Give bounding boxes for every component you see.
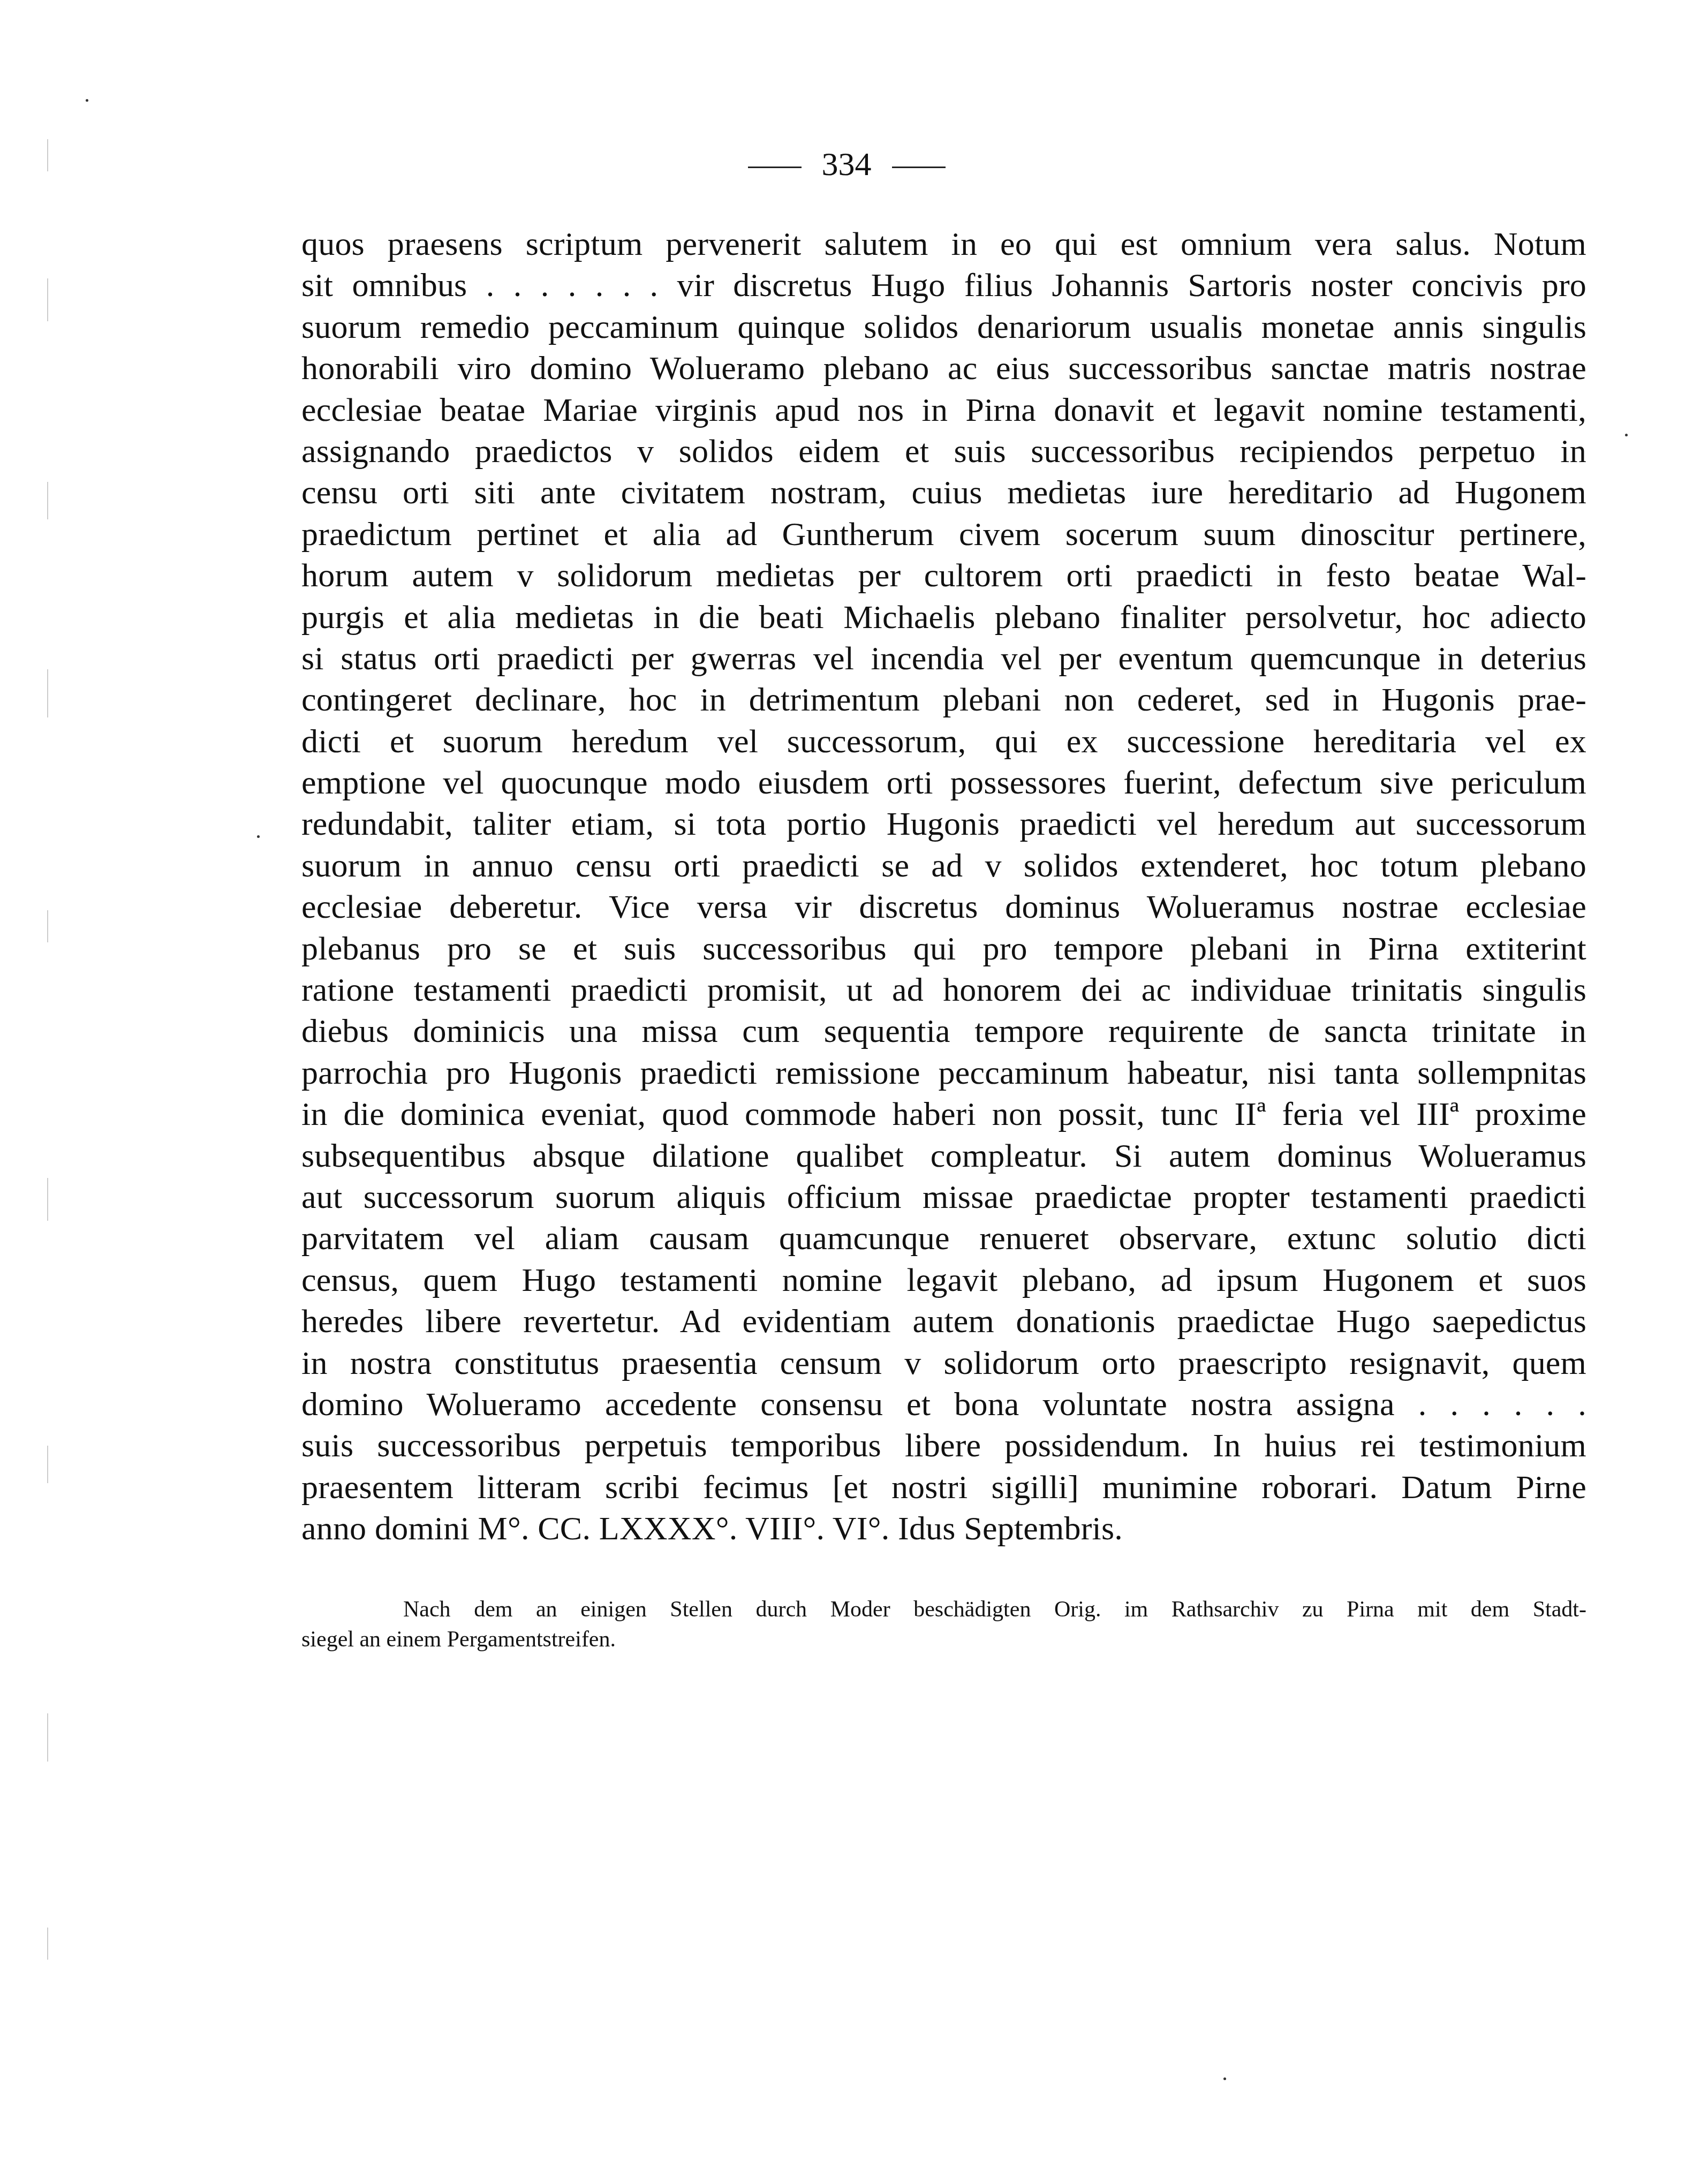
text-line: praesentem litteram scribi fecimus [et n… xyxy=(301,1467,1586,1508)
footnote-line: siegel an einem Pergamentstreifen. xyxy=(301,1624,1586,1654)
footnote-line: Nach dem an einigen Stellen durch Moder … xyxy=(301,1594,1586,1624)
text-line: ratione testamenti praedicti promisit, u… xyxy=(301,970,1586,1011)
charter-text: quos praesens scriptum pervenerit salute… xyxy=(301,224,1586,1550)
text-line: suorum remedio peccaminum quinque solido… xyxy=(301,307,1586,348)
text-line: subsequentibus absque dilatione qualibet… xyxy=(301,1136,1586,1177)
text-line: plebanus pro se et suis successoribus qu… xyxy=(301,928,1586,970)
document-page: 334 quos praesens scriptum pervenerit sa… xyxy=(0,0,1693,2184)
scan-speck xyxy=(257,835,260,838)
text-line: domino Wolueramo accedente consensu et b… xyxy=(301,1384,1586,1425)
header-rule-right xyxy=(892,167,946,168)
page-header: 334 xyxy=(0,146,1693,183)
text-line: praedictum pertinet et alia ad Guntherum… xyxy=(301,514,1586,555)
scan-speck xyxy=(86,99,88,102)
text-line: si status orti praedicti per gwerras vel… xyxy=(301,638,1586,679)
text-line: suorum in annuo censu orti praedicti se … xyxy=(301,845,1586,887)
text-line: aut successorum suorum aliquis officium … xyxy=(301,1177,1586,1218)
text-line: ecclesiae beatae Mariae virginis apud no… xyxy=(301,390,1586,431)
text-line-dating-clause: anno domini M°. CC. LXXXX°. VIII°. VI°. … xyxy=(301,1508,1586,1550)
text-line: honorabili viro domino Wolueramo plebano… xyxy=(301,348,1586,389)
text-line: parvitatem vel aliam causam quamcunque r… xyxy=(301,1218,1586,1259)
page-number: 334 xyxy=(822,146,872,183)
text-line: contingeret declinare, hoc in detrimentu… xyxy=(301,679,1586,721)
scan-speck xyxy=(1223,2077,1226,2080)
text-line: purgis et alia medietas in die beati Mic… xyxy=(301,597,1586,638)
text-line: in die dominica eveniat, quod commode ha… xyxy=(301,1094,1586,1135)
source-footnote: Nach dem an einigen Stellen durch Moder … xyxy=(301,1594,1586,1654)
text-line: dicti et suorum heredum vel successorum,… xyxy=(301,721,1586,762)
scan-speck xyxy=(1625,434,1628,436)
header-rule-left xyxy=(748,167,802,168)
scan-margin-marks xyxy=(47,0,49,2184)
text-line: diebus dominicis una missa cum sequentia… xyxy=(301,1011,1586,1052)
text-line: suis successoribus perpetuis temporibus … xyxy=(301,1425,1586,1467)
text-line: quos praesens scriptum pervenerit salute… xyxy=(301,224,1586,265)
text-line: horum autem v solidorum medietas per cul… xyxy=(301,555,1586,596)
text-line: redundabit, taliter etiam, si tota porti… xyxy=(301,804,1586,845)
text-line: heredes libere revertetur. Ad evidentiam… xyxy=(301,1301,1586,1342)
text-line: ecclesiae deberetur. Vice versa vir disc… xyxy=(301,887,1586,928)
text-line: assignando praedictos v solidos eidem et… xyxy=(301,431,1586,472)
text-line: emptione vel quocunque modo eiusdem orti… xyxy=(301,762,1586,804)
text-line: census, quem Hugo testamenti nomine lega… xyxy=(301,1260,1586,1301)
text-line: parrochia pro Hugonis praedicti remissio… xyxy=(301,1053,1586,1094)
text-line: in nostra constitutus praesentia censum … xyxy=(301,1343,1586,1384)
text-line: censu orti siti ante civitatem nostram, … xyxy=(301,472,1586,513)
text-line: sit omnibus . . . . . . . vir discretus … xyxy=(301,265,1586,306)
